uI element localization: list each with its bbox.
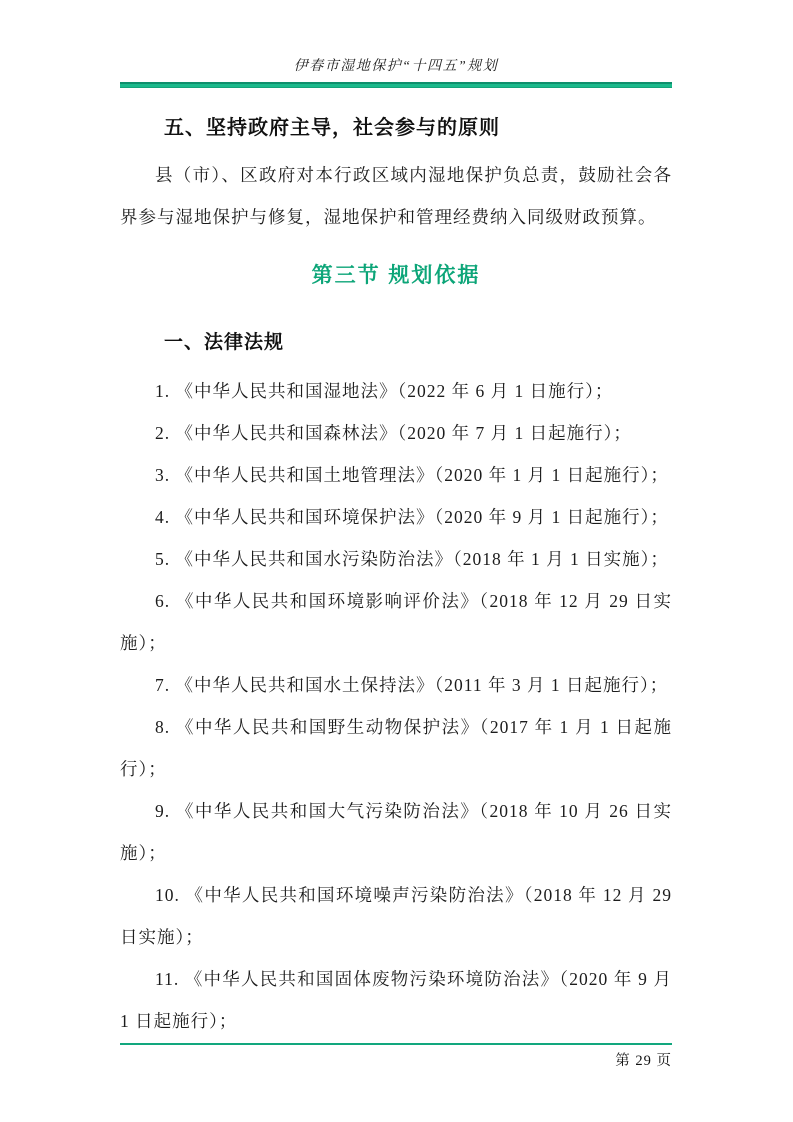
law-item-10: 10. 《中华人民共和国环境噪声污染防治法》（2018 年 12 月 29 日实…: [120, 874, 672, 958]
page-number: 第 29 页: [120, 1049, 672, 1070]
law-item-7: 7. 《中华人民共和国水土保持法》（2011 年 3 月 1 日起施行）；: [120, 664, 672, 706]
law-list: 1. 《中华人民共和国湿地法》（2022 年 6 月 1 日施行）； 2. 《中…: [120, 370, 672, 1042]
law-item-3: 3. 《中华人民共和国土地管理法》（2020 年 1 月 1 日起施行）；: [120, 454, 672, 496]
header-rule: [120, 82, 672, 88]
law-item-1: 1. 《中华人民共和国湿地法》（2022 年 6 月 1 日施行）；: [120, 370, 672, 412]
law-item-2: 2. 《中华人民共和国森林法》（2020 年 7 月 1 日起施行）；: [120, 412, 672, 454]
document-content: 伊春市湿地保护“十四五”规划 五、坚持政府主导，社会参与的原则 县（市）、区政府…: [120, 0, 672, 1042]
law-item-9: 9. 《中华人民共和国大气污染防治法》（2018 年 10 月 26 日实施）；: [120, 790, 672, 874]
principle-heading: 五、坚持政府主导，社会参与的原则: [120, 111, 672, 140]
law-item-11: 11. 《中华人民共和国固体废物污染环境防治法》（2020 年 9 月 1 日起…: [120, 958, 672, 1042]
law-item-4: 4. 《中华人民共和国环境保护法》（2020 年 9 月 1 日起施行）；: [120, 496, 672, 538]
law-item-5: 5. 《中华人民共和国水污染防治法》（2018 年 1 月 1 日实施）；: [120, 538, 672, 580]
footer-rule: [120, 1043, 672, 1045]
principle-paragraph: 县（市）、区政府对本行政区域内湿地保护负总责，鼓励社会各界参与湿地保护与修复，湿…: [120, 154, 672, 238]
subsection-heading: 一、法律法规: [120, 327, 672, 354]
page-header-title: 伊春市湿地保护“十四五”规划: [120, 55, 672, 75]
law-item-6: 6. 《中华人民共和国环境影响评价法》（2018 年 12 月 29 日实施）；: [120, 580, 672, 664]
law-item-8: 8. 《中华人民共和国野生动物保护法》（2017 年 1 月 1 日起施行）；: [120, 706, 672, 790]
section-title: 第三节 规划依据: [120, 259, 672, 289]
document-page: 伊春市湿地保护“十四五”规划 五、坚持政府主导，社会参与的原则 县（市）、区政府…: [0, 0, 793, 1122]
